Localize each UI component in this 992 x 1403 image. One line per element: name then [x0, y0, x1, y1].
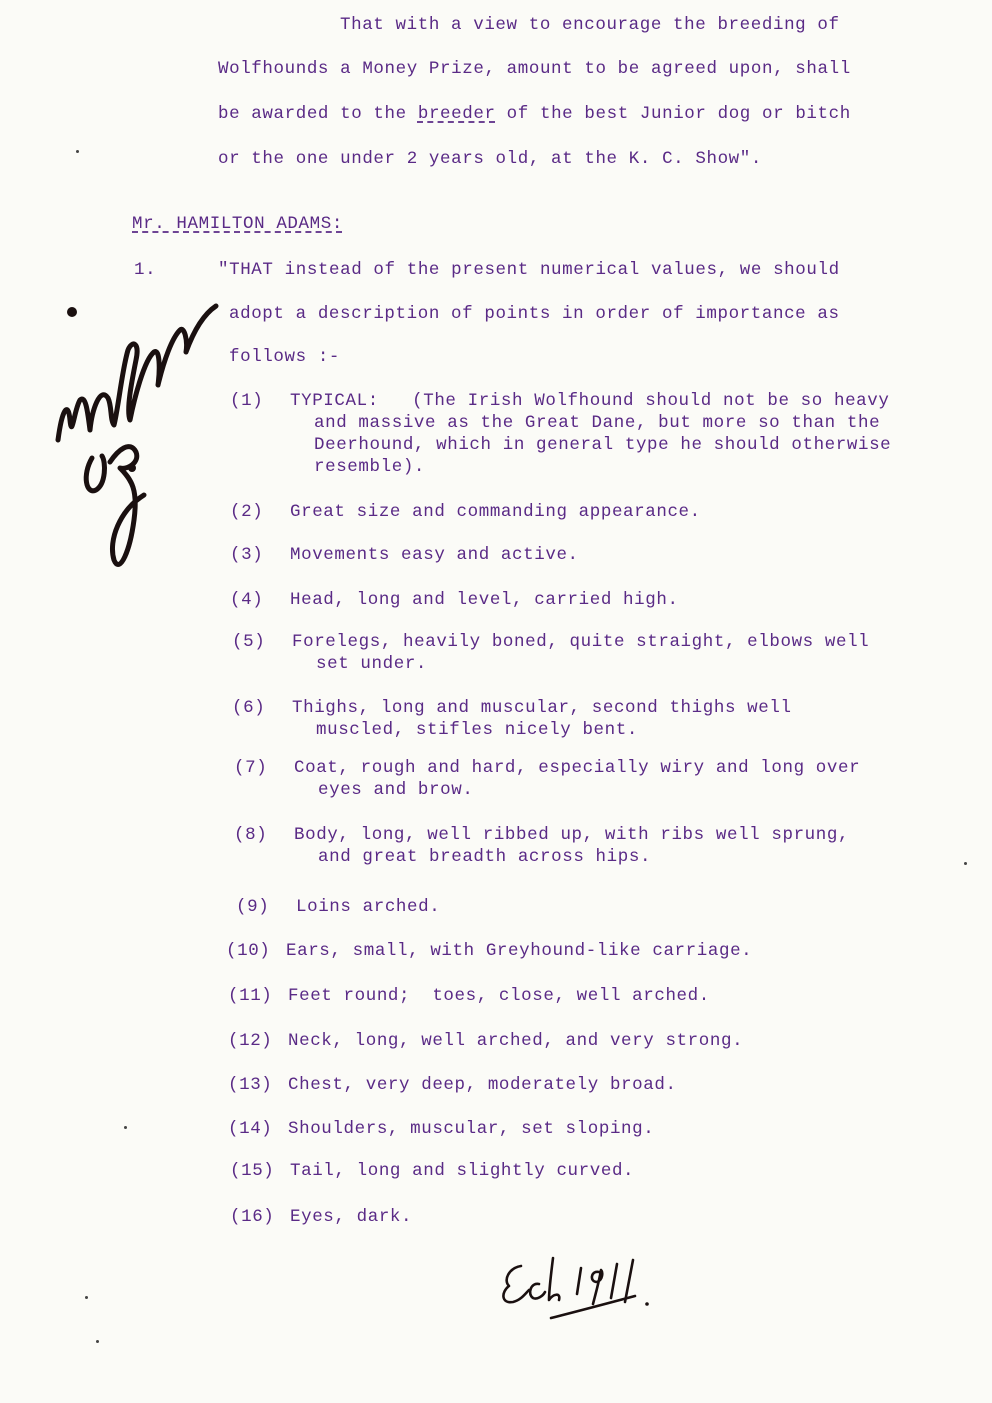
- point-text: Chest, very deep, moderately broad.: [288, 1074, 948, 1096]
- paragraph-line-3-start: be awarded to the: [218, 104, 407, 124]
- point-number: (2): [230, 501, 263, 523]
- point-text: TYPICAL: (The Irish Wolfhound should not…: [290, 390, 950, 478]
- underlined-word-breeder: breeder: [418, 104, 496, 124]
- speaker-heading: Mr. HAMILTON ADAMS:: [132, 213, 343, 235]
- paragraph-line-3-end: of the best Junior dog or bitch: [507, 104, 851, 124]
- point-number: (9): [236, 896, 269, 918]
- paper-speck: [96, 1340, 99, 1343]
- point-text: Forelegs, heavily boned, quite straight,…: [292, 631, 952, 675]
- paper-speck: [85, 1296, 88, 1299]
- point-number: (7): [234, 757, 267, 779]
- handwritten-date: [495, 1250, 675, 1330]
- point-text: Coat, rough and hard, especially wiry an…: [294, 757, 954, 801]
- point-number: (3): [230, 544, 263, 566]
- paragraph-line-1: That with a view to encourage the breedi…: [340, 14, 840, 36]
- point-text: Eyes, dark.: [290, 1206, 950, 1228]
- resolution-line-2: adopt a description of points in order o…: [229, 303, 840, 325]
- point-text: Ears, small, with Greyhound-like carriag…: [286, 940, 946, 962]
- point-number: (14): [228, 1118, 272, 1140]
- point-number: (11): [228, 985, 272, 1007]
- document-page: That with a view to encourage the breedi…: [0, 0, 992, 1403]
- point-text: Body, long, well ribbed up, with ribs we…: [294, 824, 954, 868]
- point-number: (6): [232, 697, 265, 719]
- point-number: (16): [230, 1206, 274, 1228]
- point-text: Thighs, long and muscular, second thighs…: [292, 697, 952, 741]
- point-text: Movements easy and active.: [290, 544, 950, 566]
- paragraph-line-2: Wolfhounds a Money Prize, amount to be a…: [218, 58, 851, 80]
- point-text: Head, long and level, carried high.: [290, 589, 950, 611]
- point-number: (5): [232, 631, 265, 653]
- point-number: (8): [234, 824, 267, 846]
- point-number: (4): [230, 589, 263, 611]
- point-text: Loins arched.: [296, 896, 956, 918]
- resolution-line-1: "THAT instead of the present numerical v…: [218, 259, 840, 281]
- point-number: (12): [228, 1030, 272, 1052]
- paper-speck: [76, 150, 79, 153]
- point-text: Feet round; toes, close, well arched.: [288, 985, 948, 1007]
- point-number: (10): [226, 940, 270, 962]
- point-number: (13): [228, 1074, 272, 1096]
- resolution-line-3: follows :-: [229, 346, 340, 368]
- point-text: Shoulders, muscular, set sloping.: [288, 1118, 948, 1140]
- point-text: Tail, long and slightly curved.: [290, 1160, 950, 1182]
- point-text: Great size and commanding appearance.: [290, 501, 950, 523]
- resolution-number: 1.: [134, 259, 156, 281]
- paper-speck: [124, 1126, 127, 1129]
- paragraph-line-4: or the one under 2 years old, at the K. …: [218, 148, 762, 170]
- handwritten-margin-annotation: [48, 290, 228, 580]
- paragraph-line-3: be awarded to the breeder of the best Ju…: [218, 103, 851, 125]
- point-number: (15): [230, 1160, 274, 1182]
- point-text: Neck, long, well arched, and very strong…: [288, 1030, 948, 1052]
- paper-speck: [964, 862, 967, 865]
- point-number: (1): [230, 390, 263, 412]
